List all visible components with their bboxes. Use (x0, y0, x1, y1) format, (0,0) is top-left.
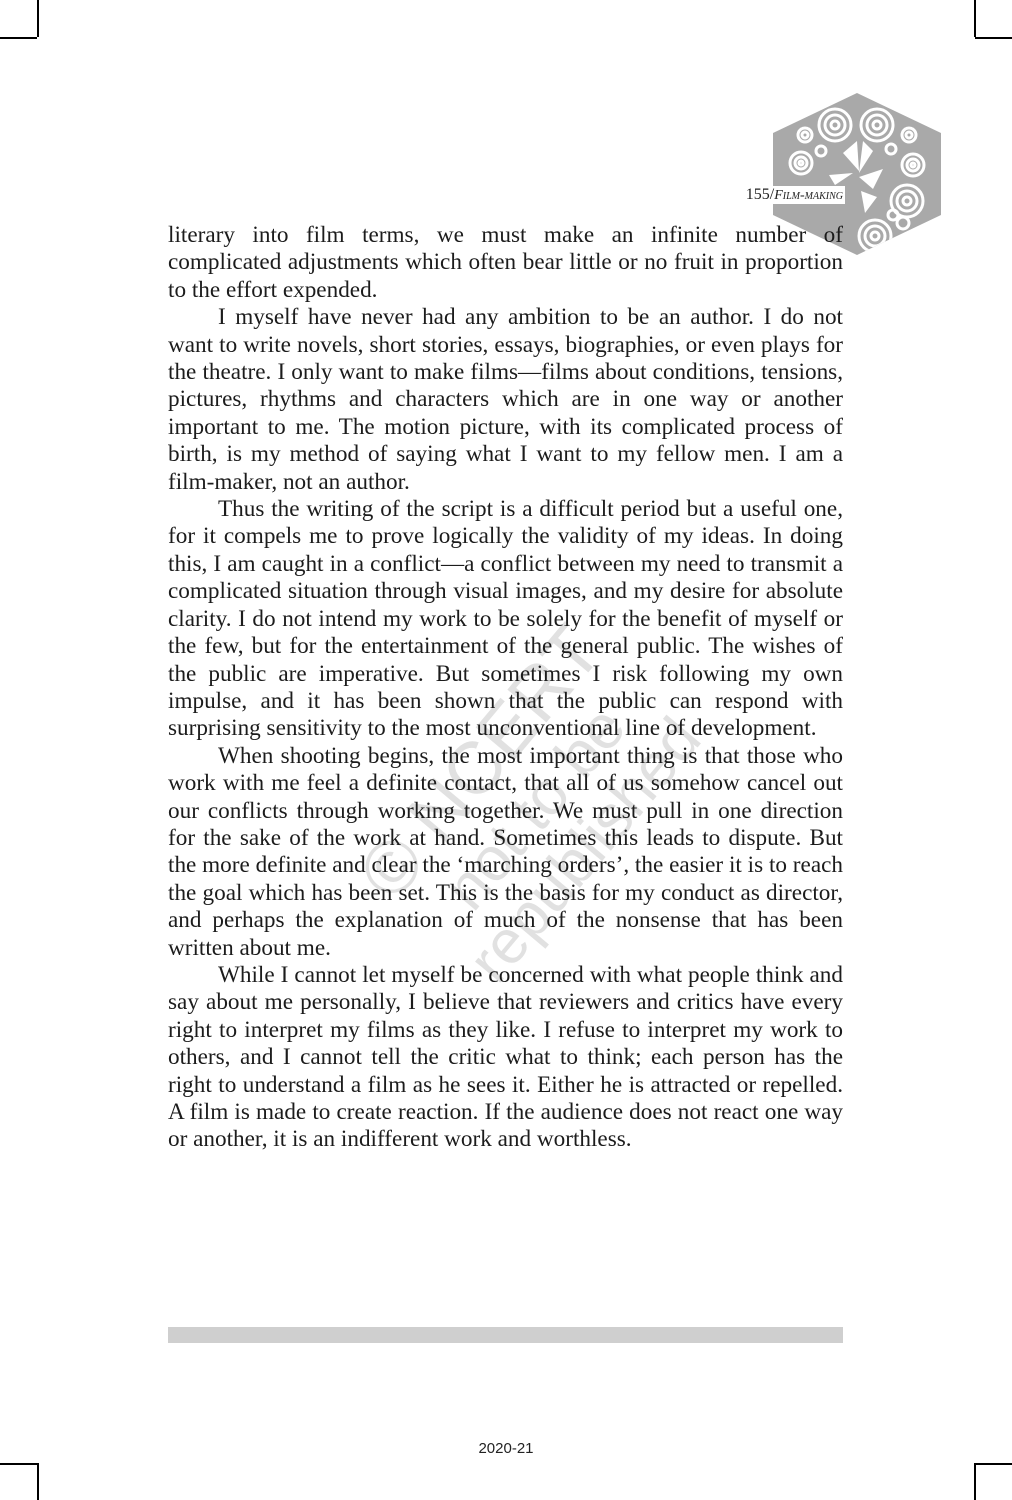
section-end-bar (168, 1327, 843, 1343)
page-number: 155/ (746, 186, 774, 203)
section-title: Film-making (774, 188, 843, 203)
crop-mark-top-left-vertical (37, 0, 39, 37)
running-head: 155/Film-making (700, 186, 845, 204)
paragraph-1: literary into film terms, we must make a… (168, 222, 843, 304)
crop-mark-top-right-horizontal (975, 37, 1012, 39)
paragraph-5: While I cannot let myself be concerned w… (168, 962, 843, 1154)
crop-mark-bottom-left-horizontal (0, 1463, 37, 1465)
crop-mark-top-left-horizontal (0, 37, 37, 39)
paragraph-3: Thus the writing of the script is a diff… (168, 496, 843, 743)
body-text: literary into film terms, we must make a… (168, 222, 843, 1154)
crop-mark-bottom-right-horizontal (975, 1463, 1012, 1465)
crop-mark-bottom-right-vertical (974, 1463, 976, 1500)
paragraph-4: When shooting begins, the most important… (168, 743, 843, 962)
footer-year: 2020-21 (0, 1440, 1012, 1457)
paragraph-2: I myself have never had any ambition to … (168, 304, 843, 496)
crop-mark-top-right-vertical (974, 0, 976, 37)
crop-mark-bottom-left-vertical (37, 1463, 39, 1500)
